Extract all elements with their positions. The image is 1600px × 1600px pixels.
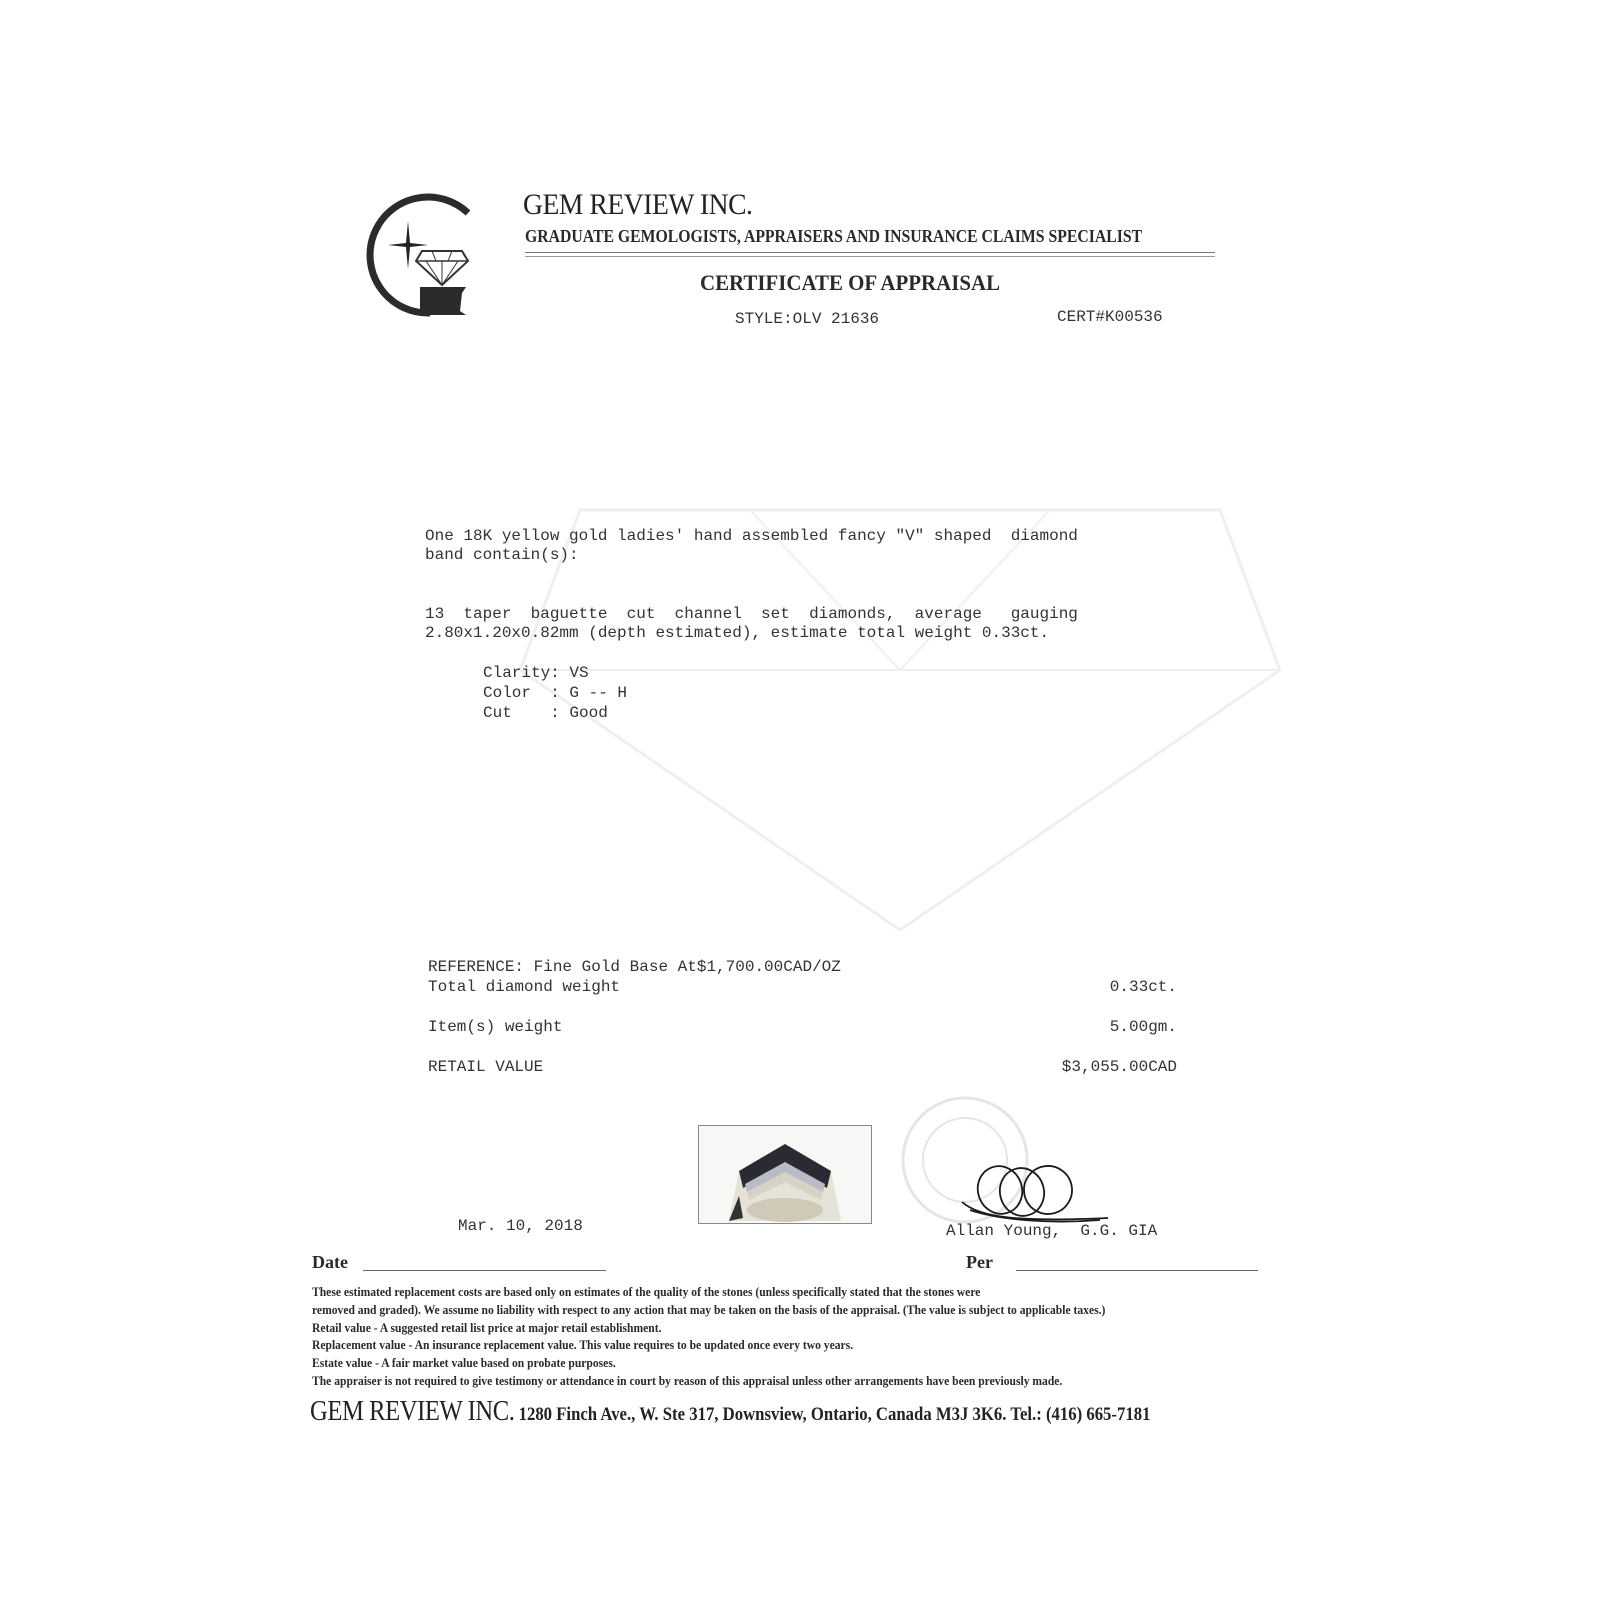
ring-photo bbox=[698, 1125, 872, 1224]
disclaimer-line: Retail value - A suggested retail list p… bbox=[312, 1320, 1232, 1338]
style-number: STYLE:OLV 21636 bbox=[735, 310, 879, 328]
disclaimer-line: removed and graded). We assume no liabil… bbox=[312, 1302, 1232, 1320]
appraiser-name: Allan Young, G.G. GIA bbox=[946, 1222, 1157, 1240]
company-logo-icon bbox=[360, 193, 480, 318]
per-label: Per bbox=[966, 1252, 993, 1273]
color-grade: Color : G -- H bbox=[483, 683, 627, 703]
date-label: Date bbox=[312, 1252, 348, 1273]
company-name: GEM REVIEW INC. bbox=[523, 188, 752, 222]
retail-value-label: RETAIL VALUE bbox=[428, 1058, 543, 1076]
footer-contact: GEM REVIEW INC. 1280 Finch Ave., W. Ste … bbox=[310, 1396, 1150, 1428]
disclaimer-line: The appraiser is not required to give te… bbox=[312, 1373, 1232, 1391]
stone-description: 13 taper baguette cut channel set diamon… bbox=[425, 605, 1078, 643]
cut-grade: Cut : Good bbox=[483, 703, 608, 723]
ring-photo-icon bbox=[699, 1126, 871, 1223]
description-line-3: 13 taper baguette cut channel set diamon… bbox=[425, 605, 1078, 623]
footer-address: 1280 Finch Ave., W. Ste 317, Downsview, … bbox=[514, 1404, 1150, 1425]
disclaimer: These estimated replacement costs are ba… bbox=[312, 1284, 1312, 1391]
document-title: CERTIFICATE OF APPRAISAL bbox=[700, 270, 1000, 296]
item-weight-label: Item(s) weight bbox=[428, 1018, 562, 1036]
item-description: One 18K yellow gold ladies' hand assembl… bbox=[425, 527, 1078, 565]
appraisal-certificate: GEM REVIEW INC. GRADUATE GEMOLOGISTS, AP… bbox=[0, 0, 1600, 1600]
disclaimer-line: Replacement value - An insurance replace… bbox=[312, 1337, 1232, 1355]
footer-company-name: GEM REVIEW INC. bbox=[310, 1396, 514, 1427]
date-signature-line bbox=[363, 1270, 606, 1271]
disclaimer-line: These estimated replacement costs are ba… bbox=[312, 1284, 1232, 1302]
description-line-2: band contain(s): bbox=[425, 546, 579, 564]
signature-icon bbox=[960, 1160, 1110, 1230]
clarity-grade: Clarity: VS bbox=[483, 663, 589, 683]
company-tagline: GRADUATE GEMOLOGISTS, APPRAISERS AND INS… bbox=[525, 226, 1142, 247]
total-diamond-weight-label: Total diamond weight bbox=[428, 978, 620, 996]
retail-value-amount: $3,055.00CAD bbox=[1062, 1058, 1177, 1076]
description-line-4: 2.80x1.20x0.82mm (depth estimated), esti… bbox=[425, 624, 1049, 642]
gold-reference: REFERENCE: Fine Gold Base At$1,700.00CAD… bbox=[428, 958, 841, 976]
disclaimer-line: Estate value - A fair market value based… bbox=[312, 1355, 1232, 1373]
appraisal-date: Mar. 10, 2018 bbox=[458, 1217, 583, 1235]
header-rule bbox=[525, 252, 1215, 253]
cert-number: CERT#K00536 bbox=[1057, 308, 1163, 326]
total-diamond-weight-value: 0.33ct. bbox=[1110, 978, 1177, 996]
per-signature-line bbox=[1016, 1270, 1258, 1271]
item-weight-value: 5.00gm. bbox=[1110, 1018, 1177, 1036]
header-rule-secondary bbox=[525, 256, 1215, 257]
description-line-1: One 18K yellow gold ladies' hand assembl… bbox=[425, 527, 1078, 545]
